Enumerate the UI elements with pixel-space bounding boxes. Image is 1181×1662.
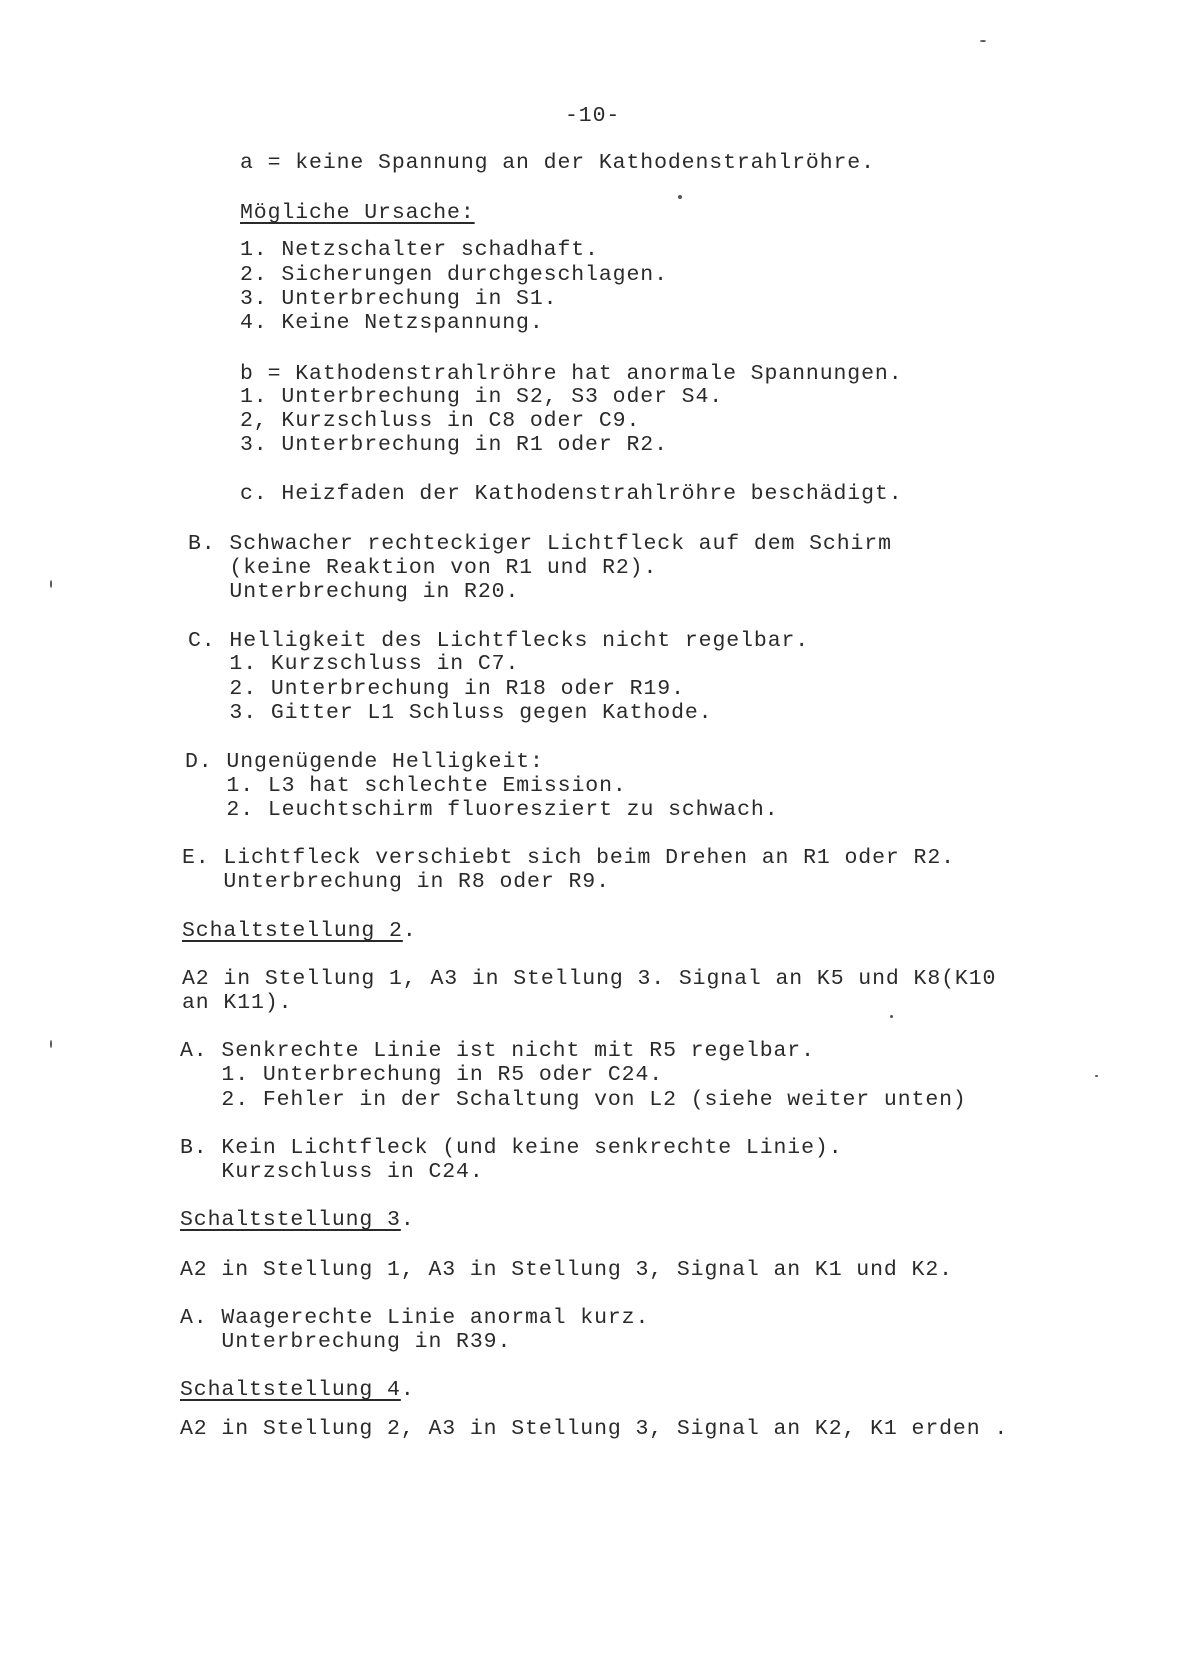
fault-b-line: (keine Reaktion von R1 und R2).	[188, 556, 657, 581]
setup-line: A2 in Stellung 1, A3 in Stellung 3, Sign…	[180, 1258, 953, 1283]
scan-speck	[890, 1015, 893, 1018]
scan-speck	[50, 1040, 52, 1048]
section-a-title: a = keine Spannung an der Kathodenstrahl…	[240, 151, 875, 176]
list-item: 4. Keine Netzspannung.	[240, 311, 544, 336]
fault-b-line: Unterbrechung in R20.	[188, 580, 519, 605]
list-item: 2. Unterbrechung in R18 oder R19.	[188, 677, 685, 702]
fault-c-title: C. Helligkeit des Lichtflecks nicht rege…	[188, 629, 809, 654]
scan-speck	[50, 580, 52, 588]
scan-speck	[678, 195, 682, 199]
fault-a-title: A. Senkrechte Linie ist nicht mit R5 reg…	[180, 1039, 815, 1064]
heading-suffix: .	[403, 919, 417, 943]
document-page: -10- a = keine Spannung an der Kathodens…	[0, 0, 1181, 1662]
heading-text: Schaltstellung 4	[180, 1378, 401, 1402]
list-item: 3. Unterbrechung in R1 oder R2.	[240, 433, 668, 458]
list-item: 3. Unterbrechung in S1.	[240, 287, 557, 312]
heading-suffix: .	[401, 1378, 415, 1402]
list-item: 2. Fehler in der Schaltung von L2 (siehe…	[180, 1088, 967, 1113]
section-b-title: b = Kathodenstrahlröhre hat anormale Spa…	[240, 362, 903, 387]
fault-d-title: D. Ungenügende Helligkeit:	[185, 750, 544, 775]
fault-a-line: Unterbrechung in R39.	[180, 1330, 511, 1355]
fault-a-line: A. Waagerechte Linie anormal kurz.	[180, 1306, 649, 1331]
list-item: 2, Kurzschluss in C8 oder C9.	[240, 409, 640, 434]
heading-text: Schaltstellung 3	[180, 1208, 401, 1232]
fault-e-line: E. Lichtfleck verschiebt sich beim Drehe…	[182, 846, 955, 871]
section-c-title: c. Heizfaden der Kathodenstrahlröhre bes…	[240, 482, 903, 507]
list-item: 1. Netzschalter schadhaft.	[240, 238, 599, 263]
list-item: 2. Leuchtschirm fluoresziert zu schwach.	[185, 798, 779, 823]
list-item: 2. Sicherungen durchgeschlagen.	[240, 263, 668, 288]
list-item: 1. Unterbrechung in S2, S3 oder S4.	[240, 385, 723, 410]
schaltstellung-4-heading: Schaltstellung 4.	[180, 1378, 415, 1403]
fault-b-line: Kurzschluss in C24.	[180, 1160, 484, 1185]
list-item: 1. L3 hat schlechte Emission.	[185, 774, 627, 799]
list-item: 3. Gitter L1 Schluss gegen Kathode.	[188, 701, 712, 726]
heading-text: Schaltstellung 2	[182, 919, 403, 943]
cause-heading: Mögliche Ursache:	[240, 201, 475, 226]
setup-line: an K11).	[182, 991, 292, 1016]
fault-e-line: Unterbrechung in R8 oder R9.	[182, 870, 610, 895]
page-number: -10-	[565, 104, 620, 129]
list-item: 1. Unterbrechung in R5 oder C24.	[180, 1063, 663, 1088]
heading-suffix: .	[401, 1208, 415, 1232]
schaltstellung-2-heading: Schaltstellung 2.	[182, 919, 417, 944]
setup-line: A2 in Stellung 1, A3 in Stellung 3. Sign…	[182, 967, 996, 992]
fault-b-line: B. Kein Lichtfleck (und keine senkrechte…	[180, 1136, 843, 1161]
scan-speck	[1095, 1075, 1098, 1077]
setup-line: A2 in Stellung 2, A3 in Stellung 3, Sign…	[180, 1417, 1008, 1442]
schaltstellung-3-heading: Schaltstellung 3.	[180, 1208, 415, 1233]
list-item: 1. Kurzschluss in C7.	[188, 652, 519, 677]
fault-b-line: B. Schwacher rechteckiger Lichtfleck auf…	[188, 532, 892, 557]
scan-speck	[980, 40, 986, 42]
